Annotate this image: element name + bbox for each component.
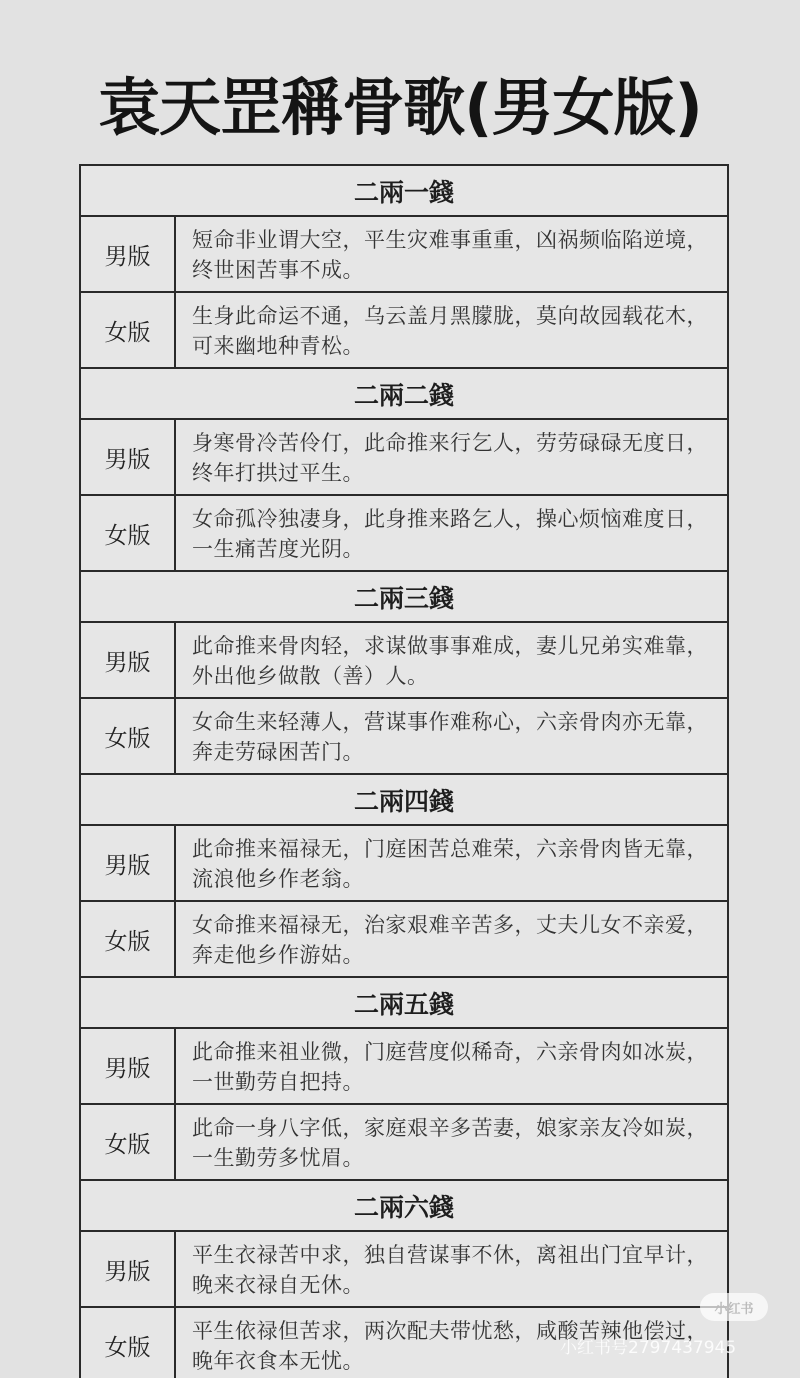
table-row-male: 男版 平生衣禄苦中求，独自营谋事不休，离祖出门宜早计，晚来衣禄自无休。 — [81, 1232, 727, 1308]
section-header: 二兩二錢 — [81, 369, 727, 420]
row-label: 女版 — [81, 1308, 176, 1378]
section-2-5: 二兩五錢 男版 此命推来祖业微，门庭营度似稀奇，六亲骨肉如冰炭，一世勤劳自把持。… — [81, 978, 727, 1181]
section-2-1: 二兩一錢 男版 短命非业谓大空，平生灾难事重重，凶祸频临陷逆境，终世困苦事不成。… — [81, 166, 727, 369]
watermark-text: 小红书号2797437945 — [560, 1333, 736, 1358]
verse-text: 此命一身八字低，家庭艰辛多苦妻，娘家亲友冷如炭，一生勤劳多忧眉。 — [176, 1105, 727, 1179]
row-label: 女版 — [81, 699, 176, 773]
verse-text: 女命推来福禄无，治家艰难辛苦多，丈夫儿女不亲爱，奔走他乡作游姑。 — [176, 902, 727, 976]
row-label: 男版 — [81, 1232, 176, 1306]
row-label: 女版 — [81, 1105, 176, 1179]
row-label: 女版 — [81, 496, 176, 570]
row-label: 男版 — [81, 623, 176, 697]
table-row-male: 男版 此命推来福禄无，门庭困苦总难荣，六亲骨肉皆无靠，流浪他乡作老翁。 — [81, 826, 727, 902]
row-label: 男版 — [81, 217, 176, 291]
table-row-female: 女版 女命生来轻薄人，营谋事作难称心，六亲骨肉亦无靠，奔走劳碌困苦门。 — [81, 699, 727, 775]
table-row-female: 女版 生身此命运不通，乌云盖月黑朦胧，莫向故园载花木，可来幽地种青松。 — [81, 293, 727, 369]
verse-text: 短命非业谓大空，平生灾难事重重，凶祸频临陷逆境，终世困苦事不成。 — [176, 217, 727, 291]
watermark-logo-icon: 小红书 — [700, 1293, 768, 1321]
table-row-male: 男版 此命推来祖业微，门庭营度似稀奇，六亲骨肉如冰炭，一世勤劳自把持。 — [81, 1029, 727, 1105]
row-label: 男版 — [81, 1029, 176, 1103]
verse-text: 平生衣禄苦中求，独自营谋事不休，离祖出门宜早计，晚来衣禄自无休。 — [176, 1232, 727, 1306]
section-header: 二兩四錢 — [81, 775, 727, 826]
section-2-3: 二兩三錢 男版 此命推来骨肉轻，求谋做事事难成，妻儿兄弟实难靠，外出他乡做散（善… — [81, 572, 727, 775]
section-2-4: 二兩四錢 男版 此命推来福禄无，门庭困苦总难荣，六亲骨肉皆无靠，流浪他乡作老翁。… — [81, 775, 727, 978]
verse-text: 生身此命运不通，乌云盖月黑朦胧，莫向故园载花木，可来幽地种青松。 — [176, 293, 727, 367]
table-row-male: 男版 此命推来骨肉轻，求谋做事事难成，妻儿兄弟实难靠，外出他乡做散（善）人。 — [81, 623, 727, 699]
table-row-male: 男版 短命非业谓大空，平生灾难事重重，凶祸频临陷逆境，终世困苦事不成。 — [81, 217, 727, 293]
table-row-female: 女版 此命一身八字低，家庭艰辛多苦妻，娘家亲友冷如炭，一生勤劳多忧眉。 — [81, 1105, 727, 1181]
section-header: 二兩六錢 — [81, 1181, 727, 1232]
verse-text: 此命推来骨肉轻，求谋做事事难成，妻儿兄弟实难靠，外出他乡做散（善）人。 — [176, 623, 727, 697]
row-label: 女版 — [81, 902, 176, 976]
section-header: 二兩一錢 — [81, 166, 727, 217]
table-row-male: 男版 身寒骨冷苦伶仃，此命推来行乞人，劳劳碌碌无度日，终年打拱过平生。 — [81, 420, 727, 496]
section-header: 二兩五錢 — [81, 978, 727, 1029]
verse-text: 此命推来福禄无，门庭困苦总难荣，六亲骨肉皆无靠，流浪他乡作老翁。 — [176, 826, 727, 900]
table-row-female: 女版 女命推来福禄无，治家艰难辛苦多，丈夫儿女不亲爱，奔走他乡作游姑。 — [81, 902, 727, 978]
verse-text: 身寒骨冷苦伶仃，此命推来行乞人，劳劳碌碌无度日，终年打拱过平生。 — [176, 420, 727, 494]
table-row-female: 女版 女命孤冷独凄身，此身推来路乞人，操心烦恼难度日，一生痛苦度光阴。 — [81, 496, 727, 572]
row-label: 女版 — [81, 293, 176, 367]
verse-text: 女命孤冷独凄身，此身推来路乞人，操心烦恼难度日，一生痛苦度光阴。 — [176, 496, 727, 570]
page-title: 袁天罡稱骨歌(男女版) — [0, 68, 800, 148]
verse-text: 女命生来轻薄人，营谋事作难称心，六亲骨肉亦无靠，奔走劳碌困苦门。 — [176, 699, 727, 773]
section-header: 二兩三錢 — [81, 572, 727, 623]
row-label: 男版 — [81, 420, 176, 494]
row-label: 男版 — [81, 826, 176, 900]
bone-weight-table: 二兩一錢 男版 短命非业谓大空，平生灾难事重重，凶祸频临陷逆境，终世困苦事不成。… — [79, 164, 729, 1378]
section-2-2: 二兩二錢 男版 身寒骨冷苦伶仃，此命推来行乞人，劳劳碌碌无度日，终年打拱过平生。… — [81, 369, 727, 572]
verse-text: 此命推来祖业微，门庭营度似稀奇，六亲骨肉如冰炭，一世勤劳自把持。 — [176, 1029, 727, 1103]
